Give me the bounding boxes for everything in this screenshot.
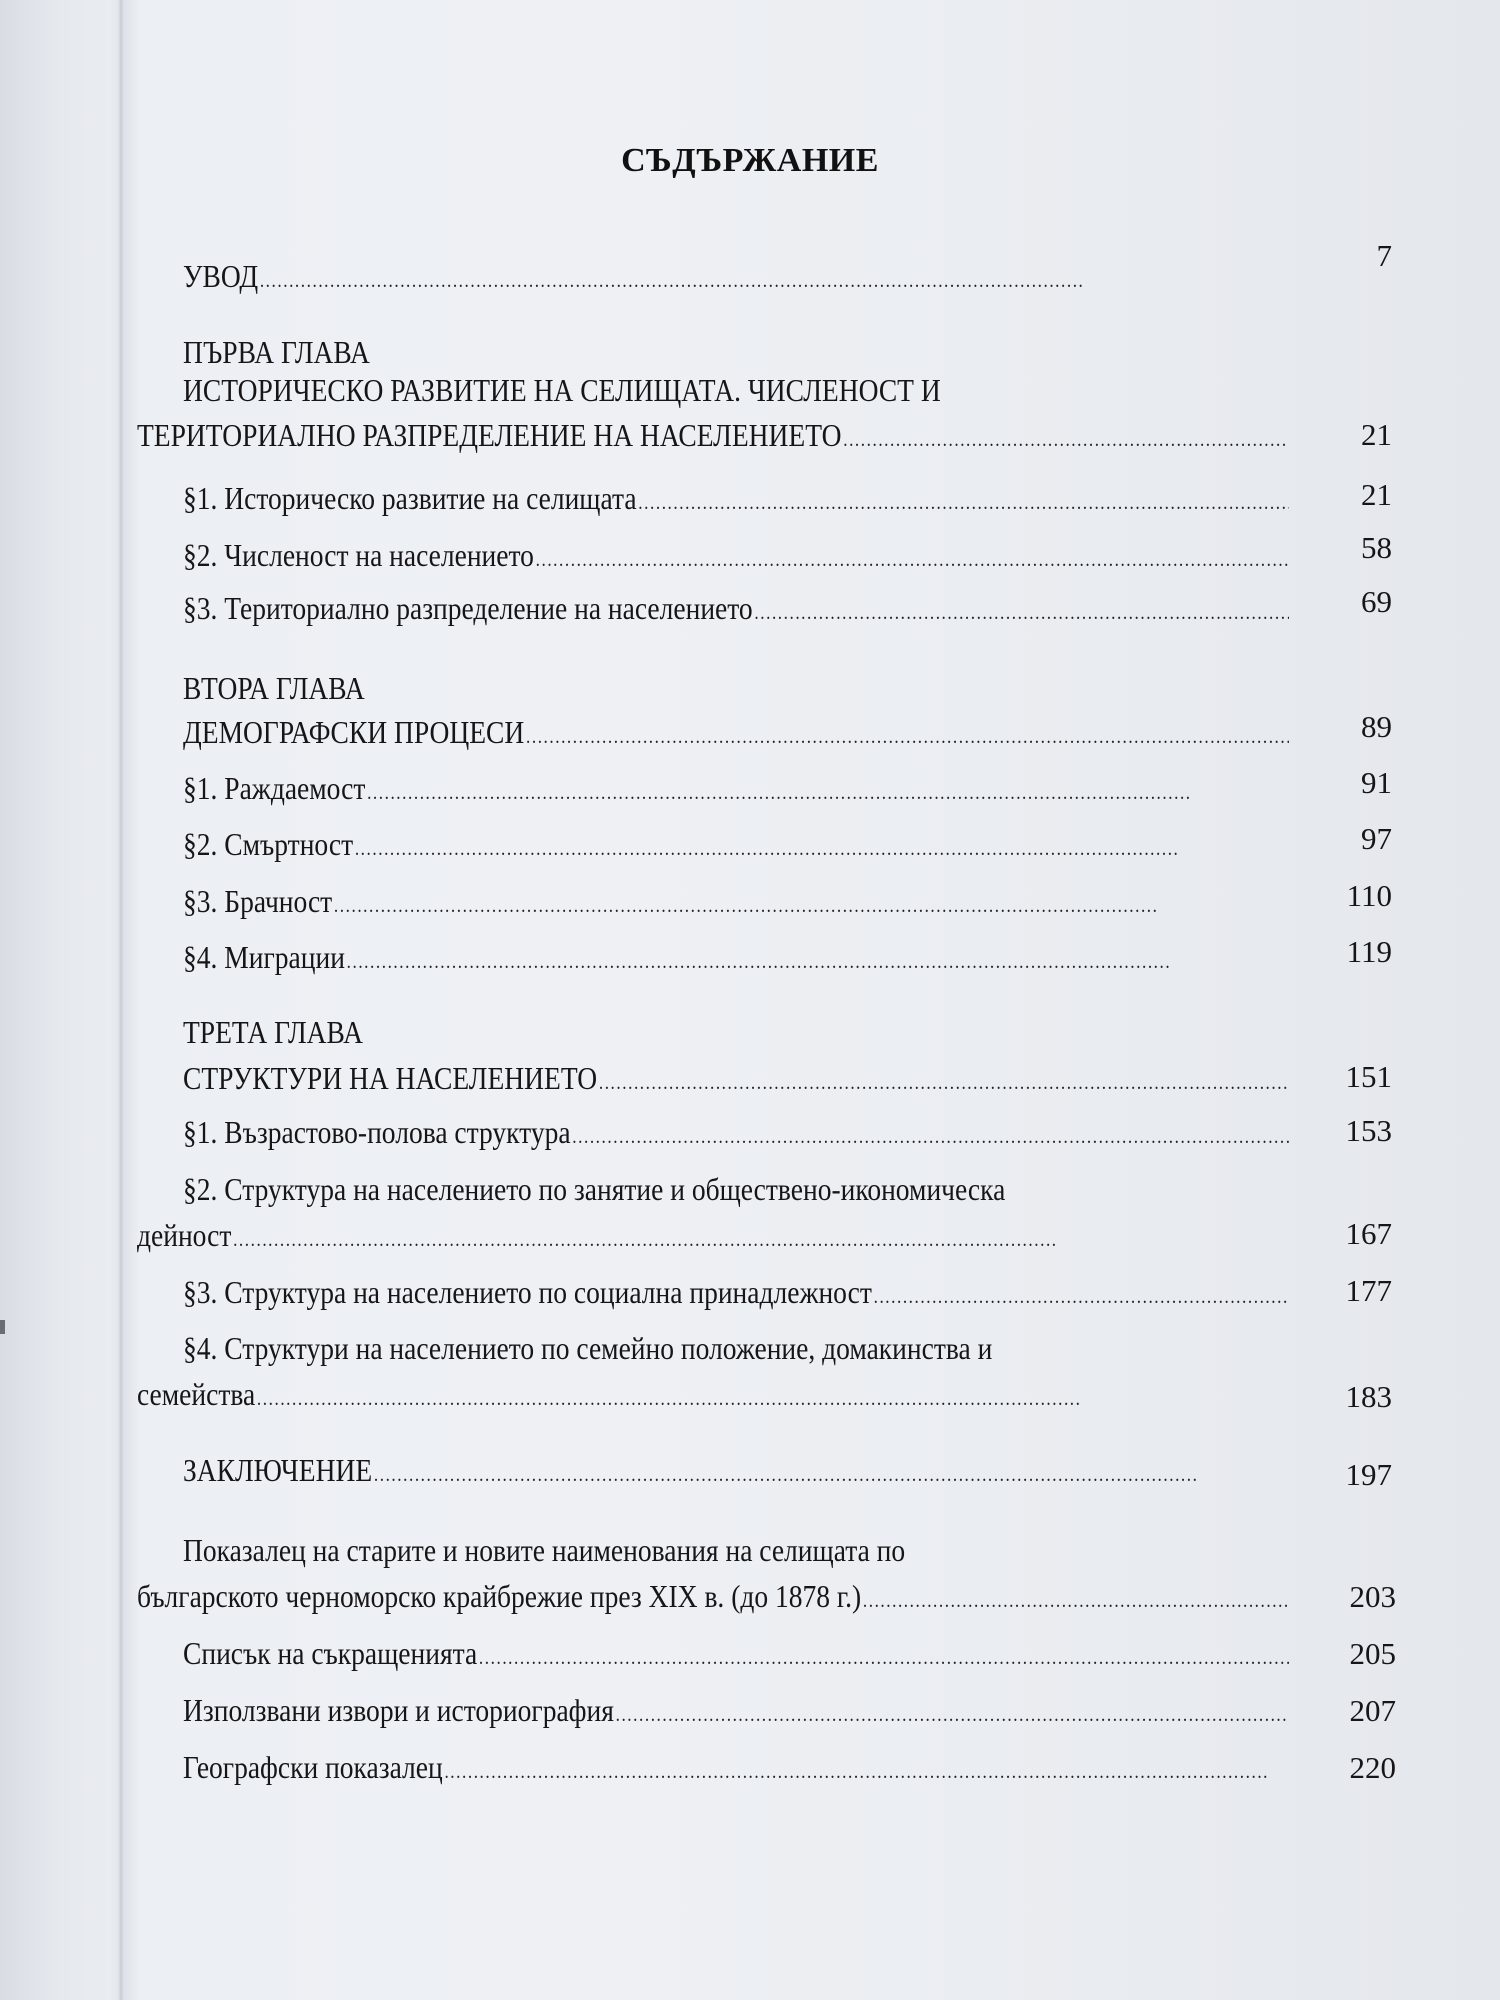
toc-entry-intro[interactable]: УВОД	[183, 256, 1292, 301]
leader-dots	[638, 483, 1288, 523]
leader-dots	[347, 942, 1289, 982]
toc-entry-page: 89	[1272, 707, 1392, 747]
leader-dots	[754, 593, 1288, 633]
toc-entry-page: 153	[1272, 1111, 1392, 1151]
toc-entry-page: 220	[1276, 1748, 1396, 1788]
chapter-heading: ПЪРВА ГЛАВА	[183, 332, 370, 372]
toc-entry-page: 97	[1272, 819, 1392, 859]
toc-entry-label: ТЕРИТОРИАЛНО РАЗПРЕДЕЛЕНИЕ НА НАСЕЛЕНИЕТ…	[137, 415, 842, 455]
toc-entry-page: 167	[1272, 1214, 1392, 1254]
toc-entry-label-line[interactable]: §4. Структури на населението по семейно …	[183, 1328, 992, 1368]
toc-entry-page: 207	[1276, 1691, 1396, 1731]
toc-entry-page: 21	[1272, 475, 1392, 515]
toc-entry-label-line[interactable]: §2. Структура на населението по занятие …	[183, 1169, 1005, 1209]
toc-entry-appendix[interactable]: Географски показалец	[183, 1747, 1292, 1792]
toc-entry-conclusion[interactable]: ЗАКЛЮЧЕНИЕ	[183, 1450, 1292, 1495]
toc-entry-page: 177	[1272, 1271, 1392, 1311]
leader-dots	[536, 540, 1289, 580]
toc-entry-section[interactable]: §3. Брачност	[183, 881, 1292, 926]
toc-entry-label: §1. Раждаемост	[183, 768, 365, 808]
chapter-heading: ВТОРА ГЛАВА	[183, 668, 365, 708]
leader-dots	[374, 1455, 1289, 1495]
toc-entry-page: 119	[1272, 932, 1392, 972]
toc-entry-label: УВОД	[183, 256, 258, 296]
toc-entry-page: 197	[1272, 1455, 1392, 1495]
toc-entry-label: §3. Структура на населението по социална…	[183, 1272, 872, 1312]
leader-dots	[257, 1379, 1289, 1419]
leader-dots	[874, 1277, 1289, 1317]
toc-entry-section[interactable]: §1. Историческо развитие на селищата	[183, 478, 1292, 523]
leader-dots	[599, 1063, 1289, 1103]
toc-entry-section[interactable]: §4. Миграции	[183, 937, 1292, 982]
leader-dots	[526, 717, 1289, 757]
toc-entry-label: §4. Миграции	[183, 937, 345, 977]
toc-entry-appendix[interactable]: Използвани извори и историография	[183, 1690, 1292, 1735]
toc-entry-label: Списък на съкращенията	[183, 1633, 477, 1673]
toc-entry-label: ДЕМОГРАФСКИ ПРОЦЕСИ	[183, 712, 524, 752]
leader-dots	[572, 1117, 1288, 1157]
toc-entry-section[interactable]: §2. Смъртност	[183, 824, 1292, 869]
toc-entry-section[interactable]: семейства	[137, 1374, 1292, 1419]
toc-entry-label: §1. Историческо развитие на селищата	[183, 478, 637, 518]
toc-entry-label: §1. Възрастово-полова структура	[183, 1112, 571, 1152]
toc-entry-section[interactable]: §3. Структура на населението по социална…	[183, 1272, 1292, 1317]
leader-dots	[444, 1752, 1288, 1792]
chapter-heading: ТРЕТА ГЛАВА	[183, 1012, 363, 1052]
leader-dots	[233, 1220, 1288, 1260]
toc-entry-label: семейства	[137, 1374, 255, 1414]
toc-entry-label: Използвани извори и историография	[183, 1690, 614, 1730]
toc-entry-label-line[interactable]: Показалец на старите и новите наименован…	[183, 1530, 905, 1570]
toc-entry-chapter3[interactable]: СТРУКТУРИ НА НАСЕЛЕНИЕТО	[183, 1058, 1292, 1103]
toc-entry-page: 7	[1272, 236, 1392, 276]
leader-dots	[863, 1581, 1289, 1621]
toc-entry-page: 58	[1272, 528, 1392, 568]
toc-entry-chapter2[interactable]: ДЕМОГРАФСКИ ПРОЦЕСИ	[183, 712, 1292, 757]
leader-dots	[260, 261, 1289, 301]
toc-entry-appendix[interactable]: българското черноморско крайбрежие през …	[137, 1576, 1292, 1621]
toc-entry-label: СТРУКТУРИ НА НАСЕЛЕНИЕТО	[183, 1058, 597, 1098]
leader-dots	[334, 886, 1289, 926]
toc-entry-label: ЗАКЛЮЧЕНИЕ	[183, 1450, 372, 1490]
chapter-title-line[interactable]: ИСТОРИЧЕСКО РАЗВИТИЕ НА СЕЛИЩАТА. ЧИСЛЕН…	[183, 370, 941, 410]
toc-entry-label: §2. Численост на населението	[183, 535, 534, 575]
toc-entry-page: 110	[1272, 876, 1392, 916]
toc-entry-label: §3. Териториално разпределение на населе…	[183, 588, 753, 628]
toc-entry-label: Географски показалец	[183, 1747, 443, 1787]
table-of-contents-page: СЪДЪРЖАНИЕ УВОД 7 ПЪРВА ГЛАВА ИСТОРИЧЕСК…	[0, 0, 1500, 2000]
leader-dots	[355, 829, 1289, 869]
toc-entry-label: §2. Смъртност	[183, 824, 353, 864]
toc-entry-page: 205	[1276, 1634, 1396, 1674]
toc-entry-label: българското черноморско крайбрежие през …	[137, 1576, 861, 1616]
leader-dots	[479, 1638, 1289, 1678]
toc-entry-label: дейност	[137, 1215, 231, 1255]
leader-dots	[367, 773, 1288, 813]
toc-entry-page: 183	[1272, 1377, 1392, 1417]
leader-dots	[843, 420, 1288, 460]
toc-entry-section[interactable]: §1. Раждаемост	[183, 768, 1292, 813]
toc-entry-section[interactable]: дейност	[137, 1215, 1292, 1260]
toc-entry-page: 151	[1272, 1057, 1392, 1097]
page-title: СЪДЪРЖАНИЕ	[0, 142, 1500, 180]
toc-entry-appendix[interactable]: Списък на съкращенията	[183, 1633, 1292, 1678]
toc-entry-page: 69	[1272, 582, 1392, 622]
toc-entry-section[interactable]: §1. Възрастово-полова структура	[183, 1112, 1292, 1157]
leader-dots	[616, 1695, 1289, 1735]
toc-entry-chapter1[interactable]: ТЕРИТОРИАЛНО РАЗПРЕДЕЛЕНИЕ НА НАСЕЛЕНИЕТ…	[137, 415, 1292, 460]
toc-entry-section[interactable]: §2. Численост на населението	[183, 535, 1292, 580]
toc-entry-page: 21	[1272, 415, 1392, 455]
toc-entry-page: 203	[1276, 1577, 1396, 1617]
toc-entry-page: 91	[1272, 763, 1392, 803]
toc-entry-label: §3. Брачност	[183, 881, 332, 921]
toc-entry-section[interactable]: §3. Териториално разпределение на населе…	[183, 588, 1292, 633]
